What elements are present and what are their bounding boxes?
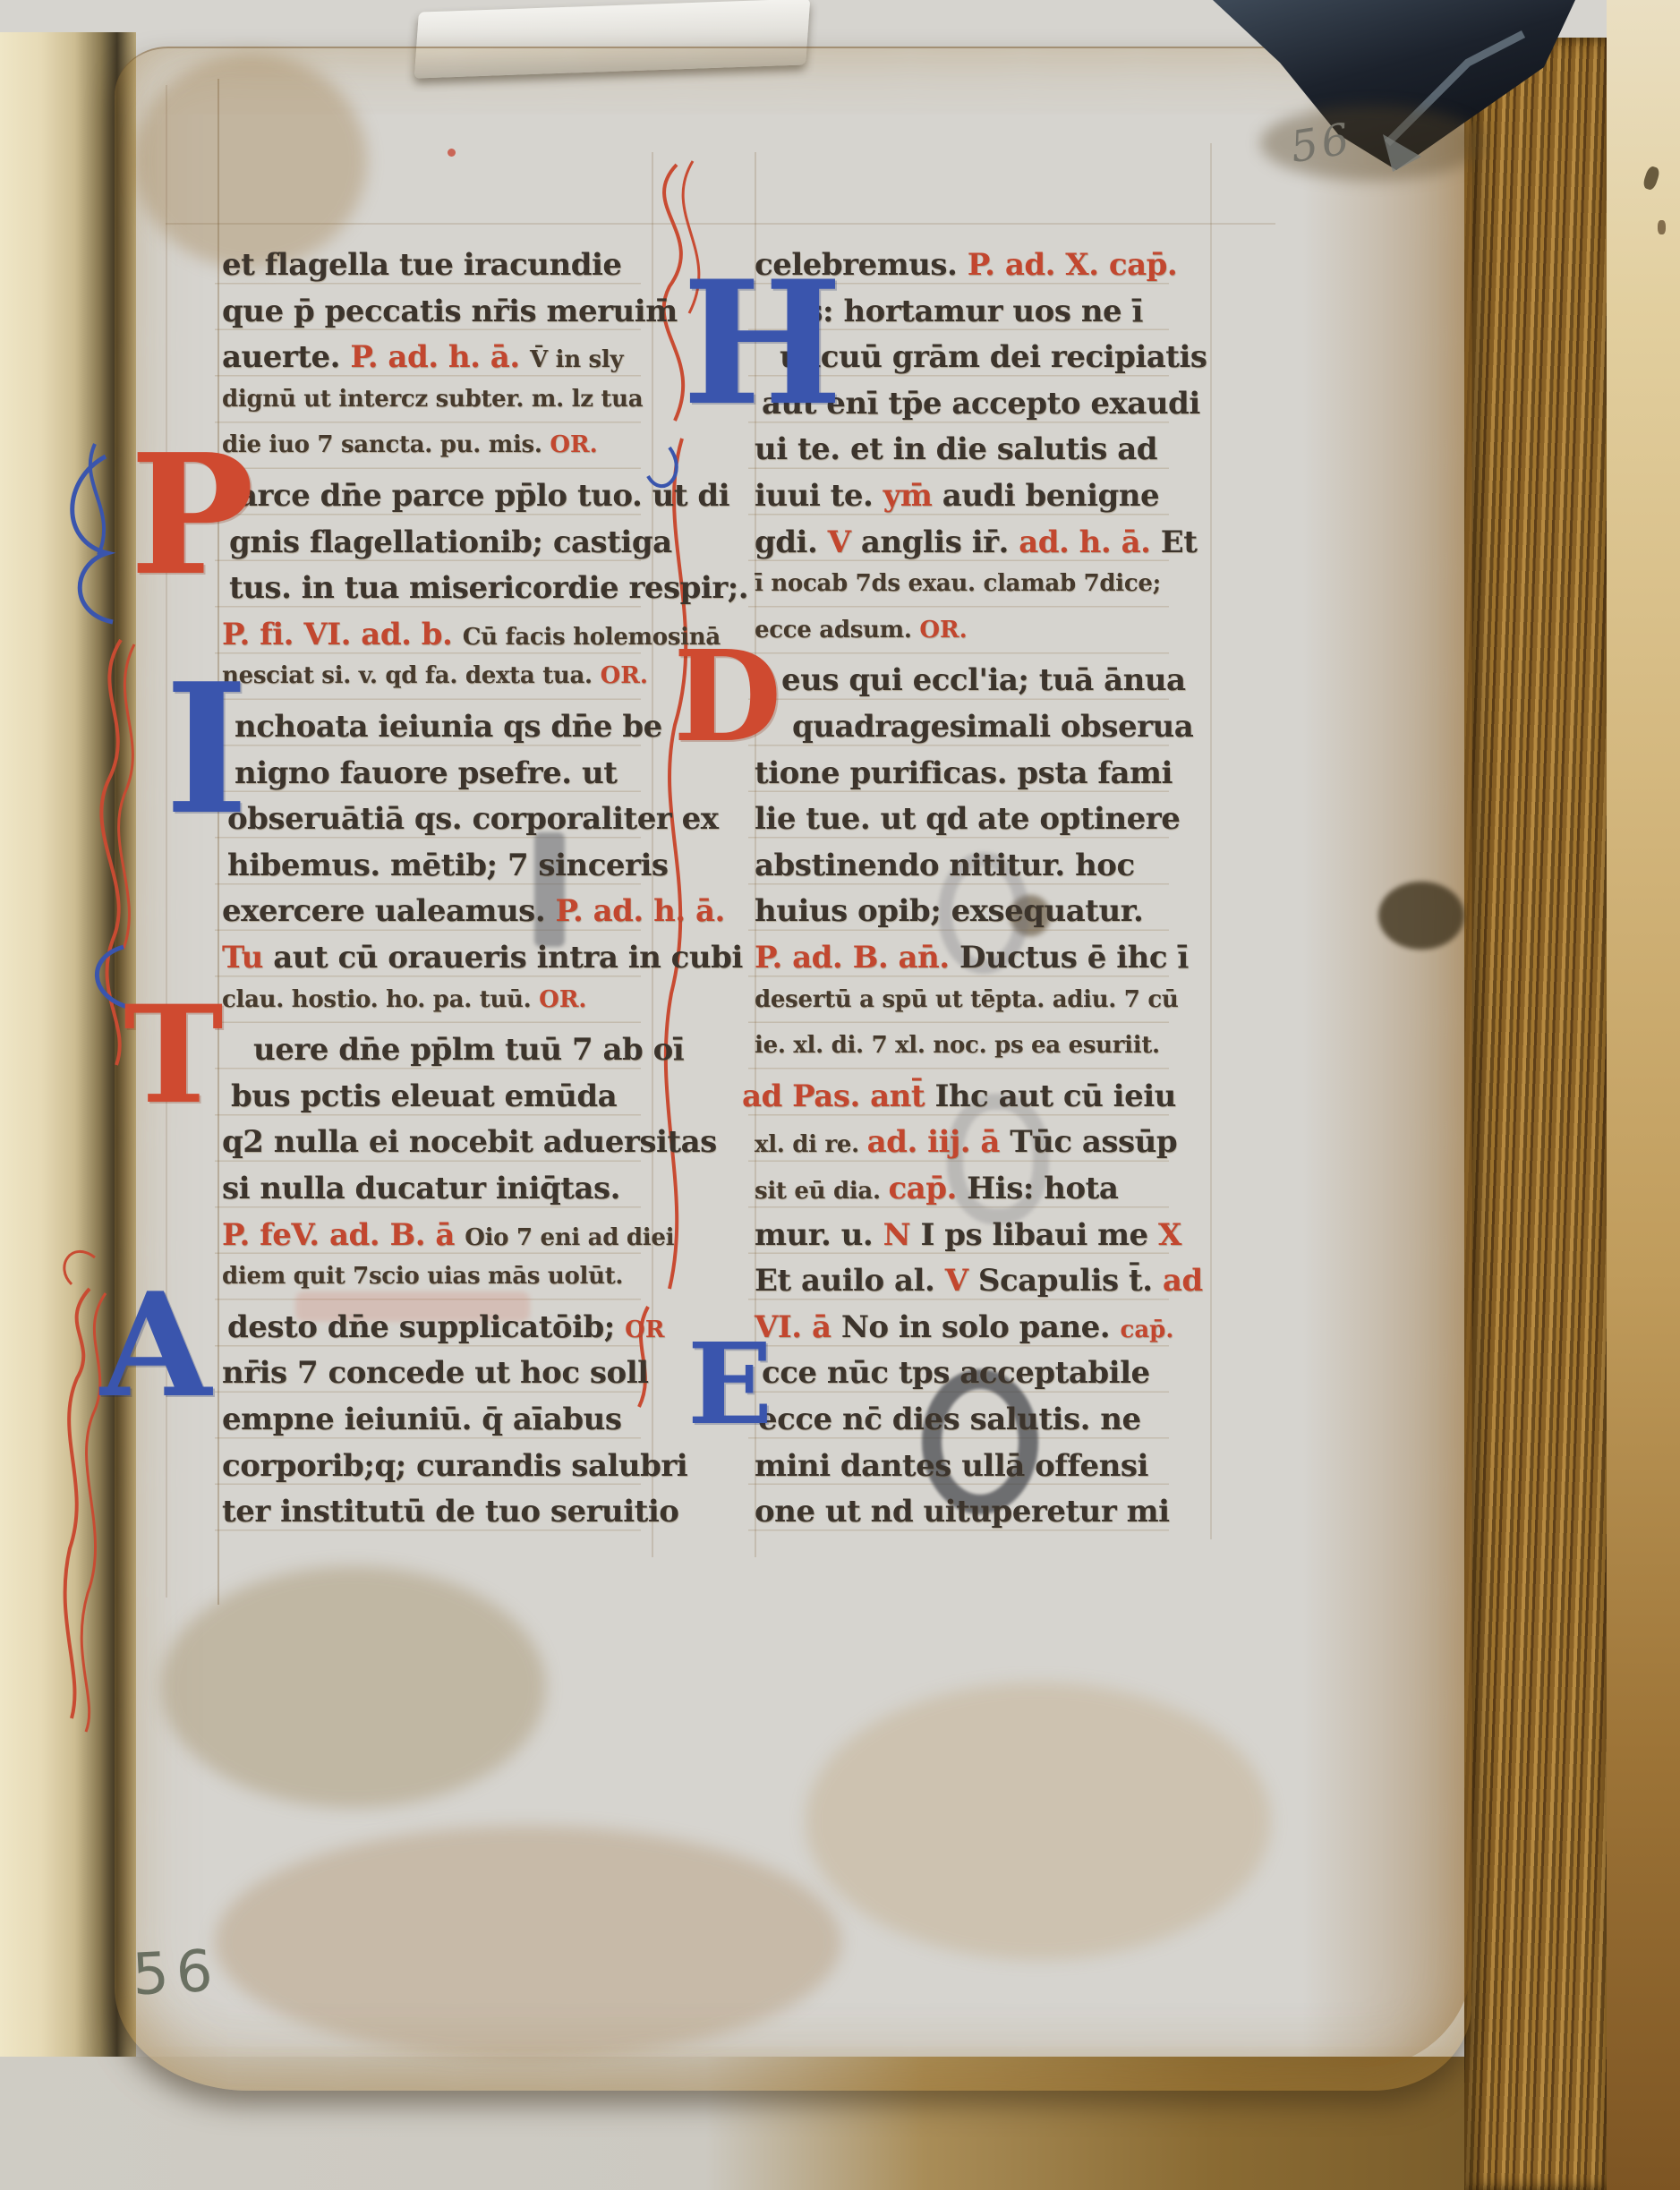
text-run: P. ad. h. ā. (350, 339, 530, 375)
text-run: Oio 7 eni ad diei (465, 1224, 674, 1251)
text-run: lie tue. ut qd ate optinere (755, 801, 1180, 837)
text-run: hibemus. mētib; 7 sinceris (227, 848, 669, 883)
text-run: X (1158, 1217, 1181, 1253)
text-run: nr̄is 7 concede ut hoc soll (222, 1355, 649, 1391)
text-line: bus pctis eleuat emūda (231, 1078, 617, 1114)
text-run: ie. xl. di. 7 xl. noc. ps ea esuriit. (755, 1032, 1160, 1059)
text-run: V (828, 524, 861, 560)
text-line: uacuū grām dei recipiatis (780, 339, 1207, 375)
decorated-initial-h: H (682, 274, 843, 413)
text-run: audi benigne (942, 478, 1159, 514)
text-run: iuui te. (755, 478, 883, 514)
text-run: No in solo pane. (841, 1309, 1121, 1345)
text-run: dignū ut intercz subter. m. lz tua (222, 386, 643, 413)
text-run: gdi. (755, 524, 828, 560)
text-line: corporib;q; curandis salubri (222, 1448, 687, 1484)
text-line: tione purificas. psta fami (755, 755, 1173, 791)
text-line: gdi. V anglis ir̄. ad. h. ā. Et (755, 524, 1197, 560)
text-line: auerte. P. ad. h. ā. V̄ in sly (222, 339, 623, 375)
text-line: is: hortamur uos ne ī (795, 294, 1143, 329)
text-run: tione purificas. psta fami (755, 755, 1173, 791)
text-line: exercere ualeamus. P. ad. h. ā. (222, 893, 725, 929)
decorated-initial-e: E (687, 1339, 772, 1431)
show-through-initial (922, 1369, 1038, 1514)
text-line: hibemus. mētib; 7 sinceris (227, 848, 669, 883)
text-run: nchoata ieiunia qs dn̄e be (235, 709, 662, 745)
text-run: ī nocab 7ds exau. clamab 7dice; (755, 570, 1161, 597)
text-line: dignū ut intercz subter. m. lz tua (222, 386, 643, 413)
text-run: Ihc aut cū ieiu (934, 1078, 1175, 1114)
text-run: P. fi. VI. ad. b. (222, 617, 463, 652)
text-line: nr̄is 7 concede ut hoc soll (222, 1355, 649, 1391)
text-run: P. feV. ad. B. ā (222, 1217, 465, 1253)
text-run: one ut nd uituperetur mi (755, 1494, 1170, 1530)
text-line: q2 nulla ei nocebit aduersitas (222, 1124, 717, 1160)
text-run: sit eū dia. (755, 1178, 888, 1205)
text-run: OR. (550, 431, 597, 458)
text-line: P. feV. ad. B. ā Oio 7 eni ad diei (222, 1217, 674, 1253)
text-run: ter institutū de tuo seruitio (222, 1494, 678, 1530)
ruling-line (1210, 143, 1212, 1539)
text-line: sit eū dia. cap̄. His: hota (755, 1171, 1118, 1206)
text-line: tus. in tua misericordie respir;. (229, 570, 748, 606)
text-line: abstinendo nititur. hoc (755, 848, 1135, 883)
text-run: obseruātiā qs. corporaliter ex (227, 801, 718, 837)
text-run: ad (1163, 1263, 1203, 1299)
decorated-initial-p: P (130, 447, 254, 584)
text-line: ie. xl. di. 7 xl. noc. ps ea esuriit. (755, 1032, 1160, 1059)
text-run: mini dantes ullā offensi (755, 1448, 1148, 1484)
text-run: uere dn̄e pp̄lm tuū 7 ab oī (253, 1032, 684, 1068)
text-run: OR. (919, 617, 967, 643)
text-run: gnis flagellationib; castiga (229, 524, 672, 560)
text-run: uacuū grām dei recipiatis (780, 339, 1207, 375)
text-line: quadragesimali obserua (792, 709, 1193, 745)
text-line: nchoata ieiunia qs dn̄e be (235, 709, 662, 745)
text-run: anglis ir̄. (861, 524, 1019, 560)
text-run: desertū a spū ut tēpta. adiu. 7 cū (755, 986, 1178, 1013)
text-line: si nulla ducatur iniq̄tas. (222, 1171, 620, 1206)
decorated-initial-d: D (673, 646, 781, 749)
text-run: clau. hostio. ho. pa. tuū. (222, 986, 539, 1013)
folio-number-bottom: 56 (131, 1939, 221, 2009)
text-run: mur. u. (755, 1217, 883, 1253)
text-run: P. ad. X. cap̄. (968, 247, 1178, 283)
text-run: abstinendo nititur. hoc (755, 848, 1135, 883)
text-line: ad Pas. ant̄ Ihc aut cū ieiu (742, 1078, 1176, 1114)
text-run: exercere ualeamus. (222, 893, 556, 929)
text-run: Tūc assūp (1010, 1124, 1177, 1160)
text-run: Et auilo al. (755, 1263, 945, 1299)
text-run: die iuo 7 sancta. pu. mis. (222, 431, 550, 458)
text-run: V̄ in sly (530, 346, 623, 373)
text-line: one ut nd uituperetur mi (755, 1494, 1170, 1530)
text-line: nesciat si. v. qd fa. dexta tua. OR. (222, 662, 648, 689)
dark-blot (1378, 882, 1464, 950)
text-run: ad. h. ā. (1019, 524, 1161, 560)
text-line: Et auilo al. V Scapulis t̄. ad (755, 1263, 1203, 1299)
text-run: corporib;q; curandis salubri (222, 1448, 687, 1484)
text-line: cce nūc tps acceptabile (762, 1355, 1150, 1391)
text-run: cap̄. (888, 1171, 967, 1206)
text-line: ī nocab 7ds exau. clamab 7dice; (755, 570, 1161, 597)
text-run: His: hota (967, 1171, 1118, 1206)
leaf-mark (1658, 220, 1666, 234)
text-run: V (945, 1263, 978, 1299)
decorated-initial-t: T (124, 1001, 224, 1111)
page-edge-shading (1302, 63, 1472, 2067)
text-run: arce dn̄e parce pp̄lo tuo. ut di (238, 478, 729, 514)
text-line: mini dantes ullā offensi (755, 1448, 1148, 1484)
text-run: ym̄ (883, 478, 942, 514)
text-run: P. ad. h. ā. (556, 893, 725, 929)
text-run: nigno fauore psefre. ut (235, 755, 617, 791)
folio-number-top: 56 (1287, 114, 1356, 173)
text-run: huius opib; exsequatur. (755, 893, 1143, 929)
text-run: tus. in tua misericordie respir;. (229, 570, 748, 606)
ruling-line (166, 223, 1275, 225)
text-line: que p̄ peccatis nr̄is meruim̄ (222, 294, 678, 329)
fore-edge-pages (1464, 38, 1615, 2190)
text-line: ter institutū de tuo seruitio (222, 1494, 678, 1530)
text-run: ad. iij. ā (867, 1124, 1011, 1160)
text-run: que p̄ peccatis nr̄is meruim̄ (222, 294, 678, 329)
text-run: Et (1161, 524, 1198, 560)
text-run: empne ieiuniū. q̄ aīabus (222, 1402, 622, 1437)
decorated-initial-i: I (165, 677, 249, 823)
text-line: iuui te. ym̄ audi benigne (755, 478, 1159, 514)
text-run: cap̄. (1120, 1317, 1173, 1343)
text-line: gnis flagellationib; castiga (229, 524, 672, 560)
text-run: N (883, 1217, 921, 1253)
text-line: mur. u. N I ps libaui me X (755, 1217, 1181, 1253)
text-run: cce nūc tps acceptabile (762, 1355, 1150, 1391)
text-line: eus qui eccl'ia; tuā ānua (781, 662, 1186, 698)
text-run: Ductus ē ihc ī (959, 940, 1189, 976)
text-run: is: hortamur uos ne ī (795, 294, 1143, 329)
text-run: bus pctis eleuat emūda (231, 1078, 617, 1114)
text-run: xl. di re. (755, 1131, 867, 1158)
text-run: OR. (601, 662, 648, 689)
text-line: diem quit 7scio uias mās uolūt. (222, 1263, 623, 1290)
text-run: OR. (539, 986, 586, 1013)
text-run: nesciat si. v. qd fa. dexta tua. (222, 662, 601, 689)
text-line: arce dn̄e parce pp̄lo tuo. ut di (238, 478, 729, 514)
decorated-initial-a: A (100, 1287, 211, 1404)
text-run: eus qui eccl'ia; tuā ānua (781, 662, 1186, 698)
stain (806, 1683, 1271, 1960)
text-run: ad Pas. ant̄ (742, 1078, 934, 1114)
text-run: Scapulis t̄. (978, 1263, 1163, 1299)
text-line: ecce nc̄ dies salutis. ne (758, 1402, 1141, 1437)
text-line: Tu aut cū oraueris intra in cubi (222, 940, 743, 976)
text-run: diem quit 7scio uias mās uolūt. (222, 1263, 623, 1290)
text-run: Tu (222, 940, 273, 976)
text-run: et flagella tue iracundie (222, 247, 622, 283)
text-run: si nulla ducatur iniq̄tas. (222, 1171, 620, 1206)
text-line: desto dn̄e supplicatōib; OR (227, 1309, 664, 1345)
text-line: uere dn̄e pp̄lm tuū 7 ab oī (253, 1032, 684, 1068)
text-line: P. fi. VI. ad. b. Cū facis holemosinā (222, 617, 721, 652)
text-run: desto dn̄e supplicatōib; (227, 1309, 625, 1345)
stain (134, 54, 367, 268)
text-line: ecce adsum. OR. (755, 617, 968, 643)
text-line: VI. ā No in solo pane. cap̄. (755, 1309, 1173, 1345)
text-line: clau. hostio. ho. pa. tuū. OR. (222, 986, 586, 1013)
stain (215, 1826, 841, 2058)
red-ink-speck (448, 149, 456, 157)
text-run: I ps libaui me (920, 1217, 1158, 1253)
text-line: obseruātiā qs. corporaliter ex (227, 801, 718, 837)
text-line: huius opib; exsequatur. (755, 893, 1143, 929)
text-line: P. ad. B. an̄. Ductus ē ihc ī (755, 940, 1189, 976)
text-run: ecce nc̄ dies salutis. ne (758, 1402, 1141, 1437)
text-line: nigno fauore psefre. ut (235, 755, 617, 791)
text-run: q2 nulla ei nocebit aduersitas (222, 1124, 717, 1160)
text-line: die iuo 7 sancta. pu. mis. OR. (222, 431, 598, 458)
text-line: lie tue. ut qd ate optinere (755, 801, 1180, 837)
text-run: OR (625, 1317, 664, 1343)
text-line: empne ieiuniū. q̄ aīabus (222, 1402, 622, 1437)
text-run: aut cū oraueris intra in cubi (273, 940, 743, 976)
text-line: xl. di re. ad. iij. ā Tūc assūp (755, 1124, 1177, 1160)
text-run: quadragesimali obserua (792, 709, 1193, 745)
text-line: desertū a spū ut tēpta. adiu. 7 cū (755, 986, 1178, 1013)
text-run: P. ad. B. an̄. (755, 940, 959, 976)
back-leaf-edge (1607, 0, 1680, 2190)
text-line: et flagella tue iracundie (222, 247, 622, 283)
text-run: auerte. (222, 339, 350, 375)
manuscript-photo: 56 56 et flagella tue iracundieque p̄ pe… (0, 0, 1680, 2190)
